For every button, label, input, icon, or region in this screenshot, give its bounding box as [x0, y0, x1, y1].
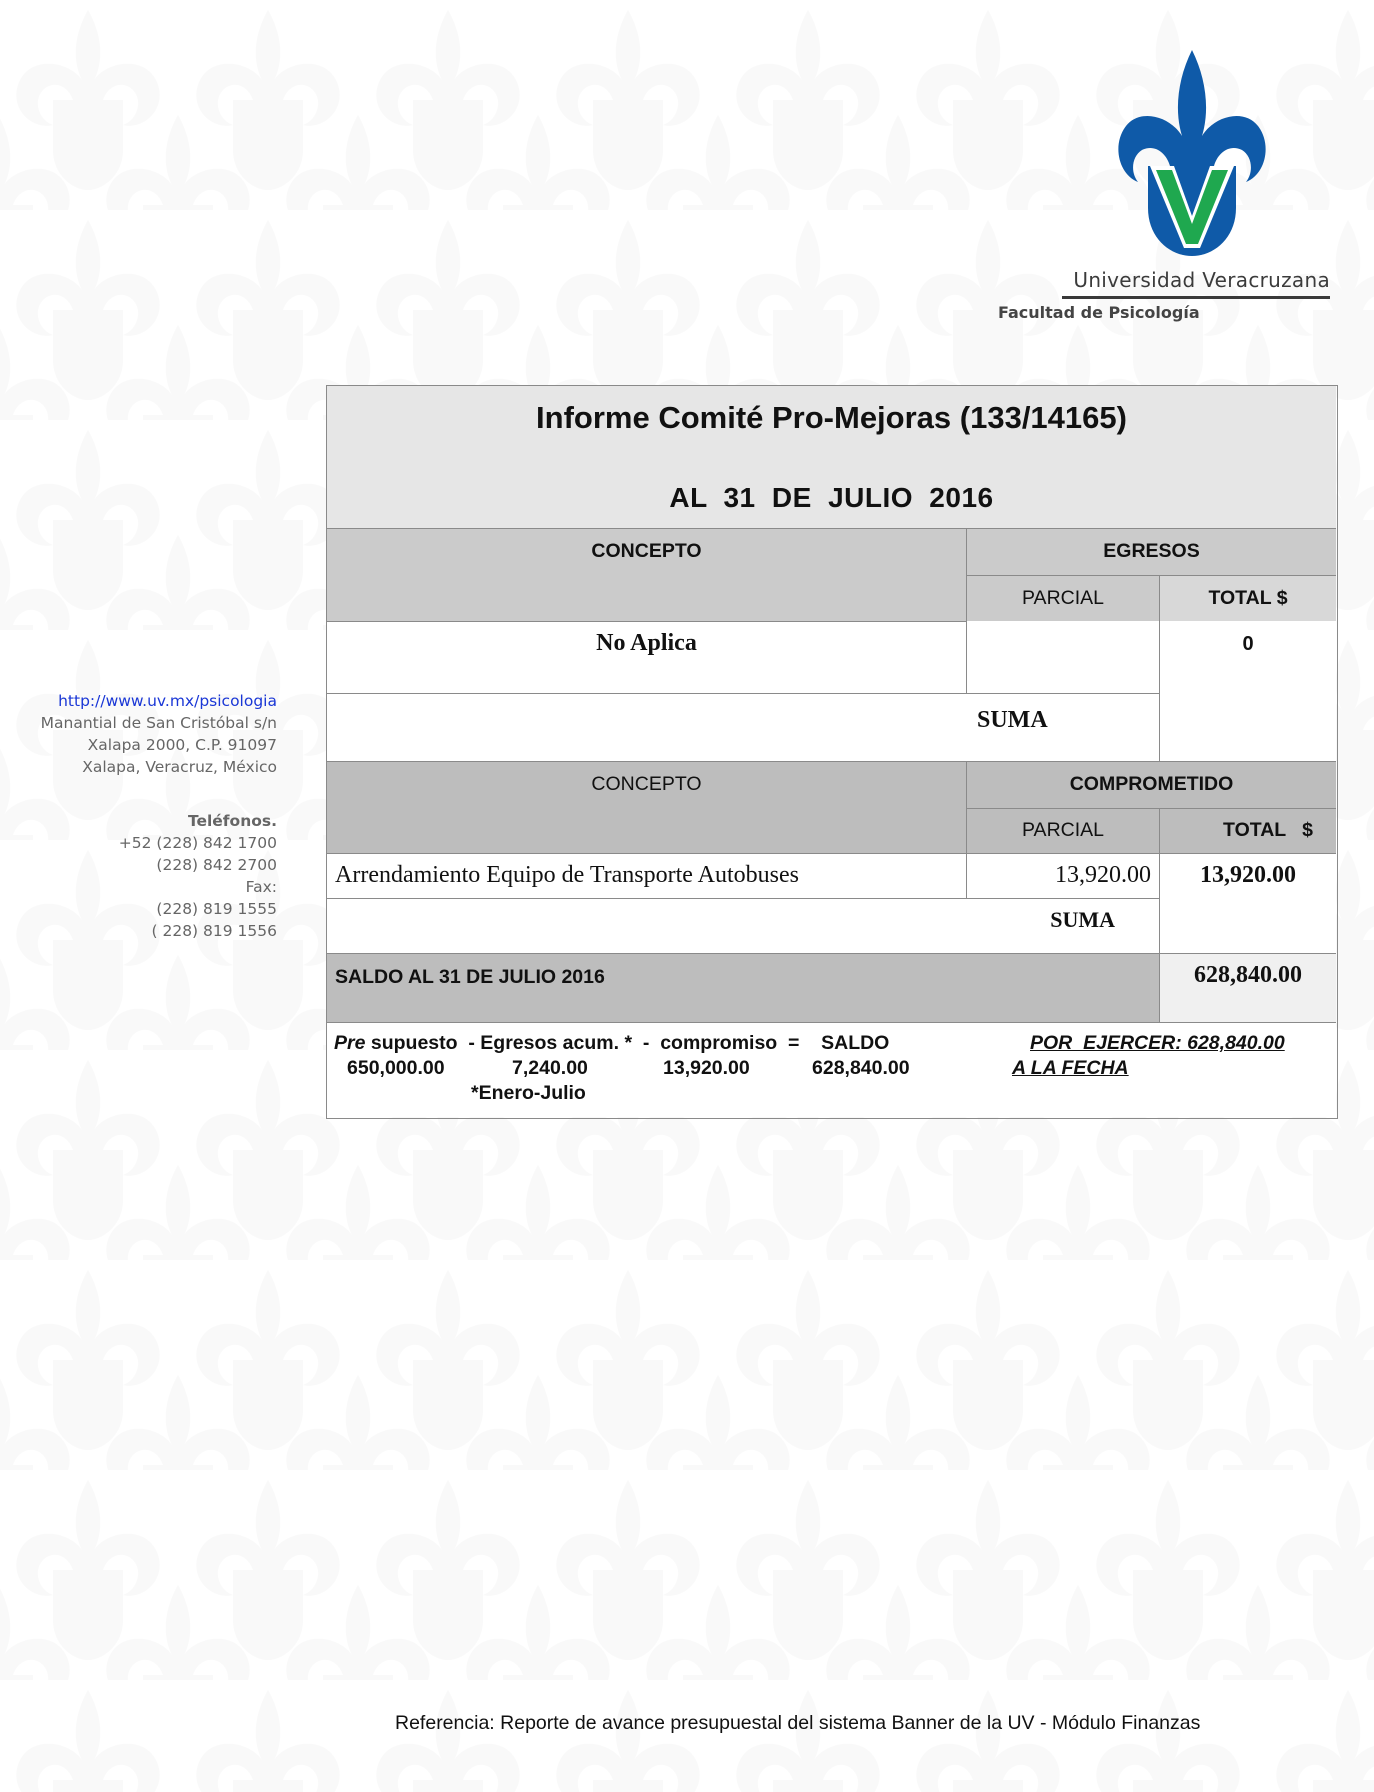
a-la-fecha: A LA FECHA: [1012, 1056, 1129, 1081]
fax-label: Fax:: [41, 876, 277, 898]
address-line: Xalapa, Veracruz, México: [41, 756, 277, 778]
total-header: TOTAL $: [1159, 575, 1336, 621]
report-date: AL 31 DE JULIO 2016: [327, 482, 1336, 514]
concept-header: CONCEPTO: [327, 528, 966, 621]
report-title: Informe Comité Pro-Mejoras (133/14165): [327, 400, 1336, 436]
university-logo-icon: [1110, 48, 1275, 258]
egresos-sum-row: SUMA: [327, 693, 1159, 761]
report-header: Informe Comité Pro-Mejoras (133/14165) A…: [327, 386, 1336, 528]
website-link[interactable]: http://www.uv.mx/psicologia: [41, 690, 277, 712]
partial-header-2: PARCIAL: [966, 808, 1159, 853]
summary-block: Pre supuesto - Egresos acum. * - comprom…: [327, 1022, 1336, 1117]
reference-footer: Referencia: Reporte de avance presupuest…: [395, 1712, 1200, 1735]
comprometido-sum-row: SUMA: [327, 898, 1159, 953]
address-line: Manantial de San Cristóbal s/n: [41, 712, 277, 734]
summary-value-expenses: 7,240.00: [512, 1056, 588, 1081]
total-header-2: TOTAL $: [1159, 808, 1336, 853]
por-ejercer: POR EJERCER: 628,840.00: [1030, 1031, 1285, 1056]
university-name: Universidad Veracruzana: [1062, 268, 1330, 299]
balance-label: SALDO AL 31 DE JULIO 2016: [327, 953, 1159, 1022]
comprometido-header: COMPROMETIDO: [966, 761, 1336, 808]
table-row-total: 0: [1159, 621, 1336, 761]
phones-label: Teléfonos.: [41, 810, 277, 832]
summary-value-budget: 650,000.00: [347, 1056, 445, 1081]
table-row-partial: 13,920.00: [966, 853, 1159, 898]
phone-number: +52 (228) 842 1700: [41, 832, 277, 854]
partial-header: PARCIAL: [966, 575, 1159, 621]
egresos-header: EGRESOS: [966, 528, 1336, 575]
table-row-concept: Arrendamiento Equipo de Transporte Autob…: [327, 853, 966, 898]
summary-note: *Enero-Julio: [471, 1081, 586, 1106]
summary-value-commitment: 13,920.00: [663, 1056, 750, 1081]
summary-formula: Pre supuesto - Egresos acum. * - comprom…: [334, 1031, 889, 1056]
balance-value: 628,840.00: [1159, 953, 1336, 1022]
concept-header-2: CONCEPTO: [327, 761, 966, 853]
address-line: Xalapa 2000, C.P. 91097: [41, 734, 277, 756]
fax-number: (228) 819 1555: [41, 898, 277, 920]
phone-number: (228) 842 2700: [41, 854, 277, 876]
contact-block: http://www.uv.mx/psicologia Manantial de…: [41, 690, 277, 942]
table-row-total: 13,920.00: [1159, 853, 1336, 953]
table-row-partial: [966, 621, 1159, 693]
fax-number: ( 228) 819 1556: [41, 920, 277, 942]
faculty-name: Facultad de Psicología: [998, 303, 1200, 322]
table-row-concept: No Aplica: [327, 621, 966, 693]
report-table: Informe Comité Pro-Mejoras (133/14165) A…: [326, 385, 1338, 1119]
summary-value-balance: 628,840.00: [812, 1056, 910, 1081]
